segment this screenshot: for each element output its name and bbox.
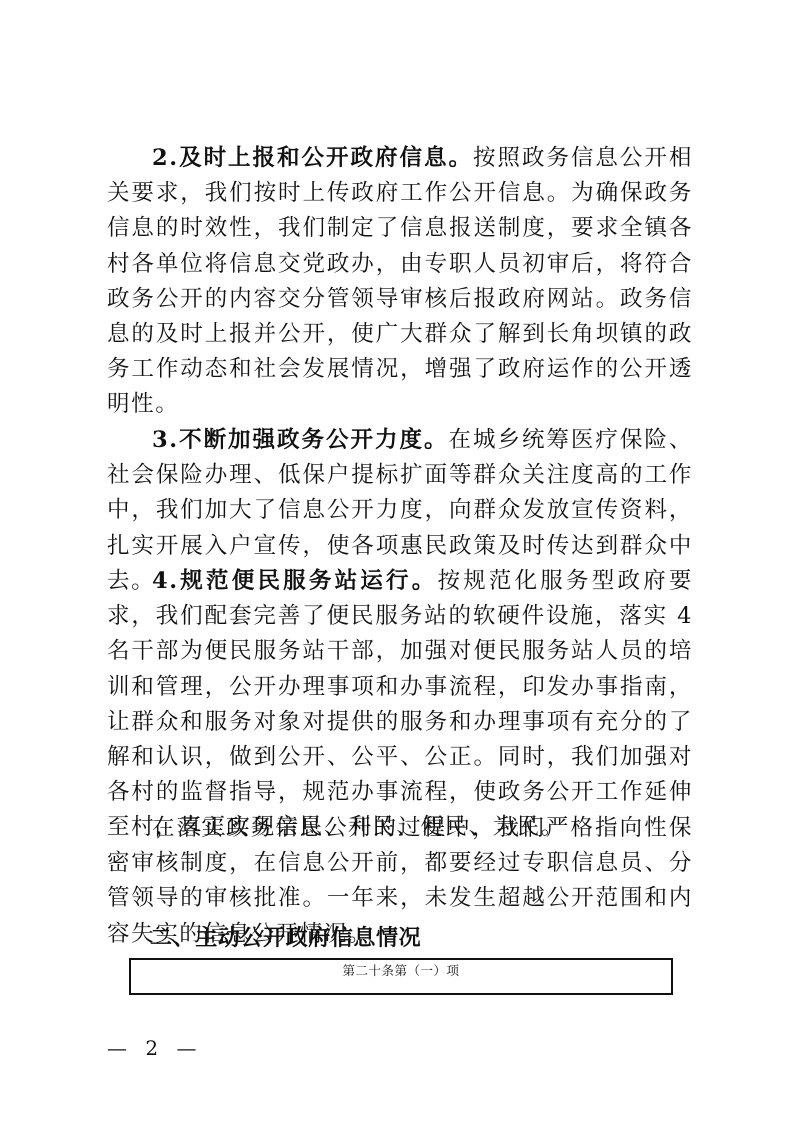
paragraph-2: 2.及时上报和公开政府信息。按照政务信息公开相关要求，我们按时上传政府工作公开信… [107,141,693,423]
paragraph-4: 4.规范便民服务站运行。按规范化服务型政府要求，我们配套完善了便民服务站的软硬件… [107,564,693,846]
paragraph-lead: 4.规范便民服务站运行。 [152,568,437,594]
section-heading: 二、主动公开政府信息情况 [150,924,421,954]
info-table: 第二十条第（一）项 [129,958,673,995]
paragraph-text: 按规范化服务型政府要求，我们配套完善了便民服务站的软硬件设施，落实 4 名干部为… [107,568,693,840]
page-number: — 2 — [107,1036,202,1060]
paragraph-lead: 2.及时上报和公开政府信息。 [152,145,473,171]
table-header-cell: 第二十条第（一）项 [131,962,671,980]
paragraph-text: 按照政务信息公开相关要求，我们按时上传政府工作公开信息。为确保政务信息的时效性，… [107,145,693,417]
document-page: 2.及时上报和公开政府信息。按照政务信息公开相关要求，我们按时上传政府工作公开信… [0,0,793,1122]
paragraph-lead: 3.不断加强政务公开力度。 [152,427,448,453]
